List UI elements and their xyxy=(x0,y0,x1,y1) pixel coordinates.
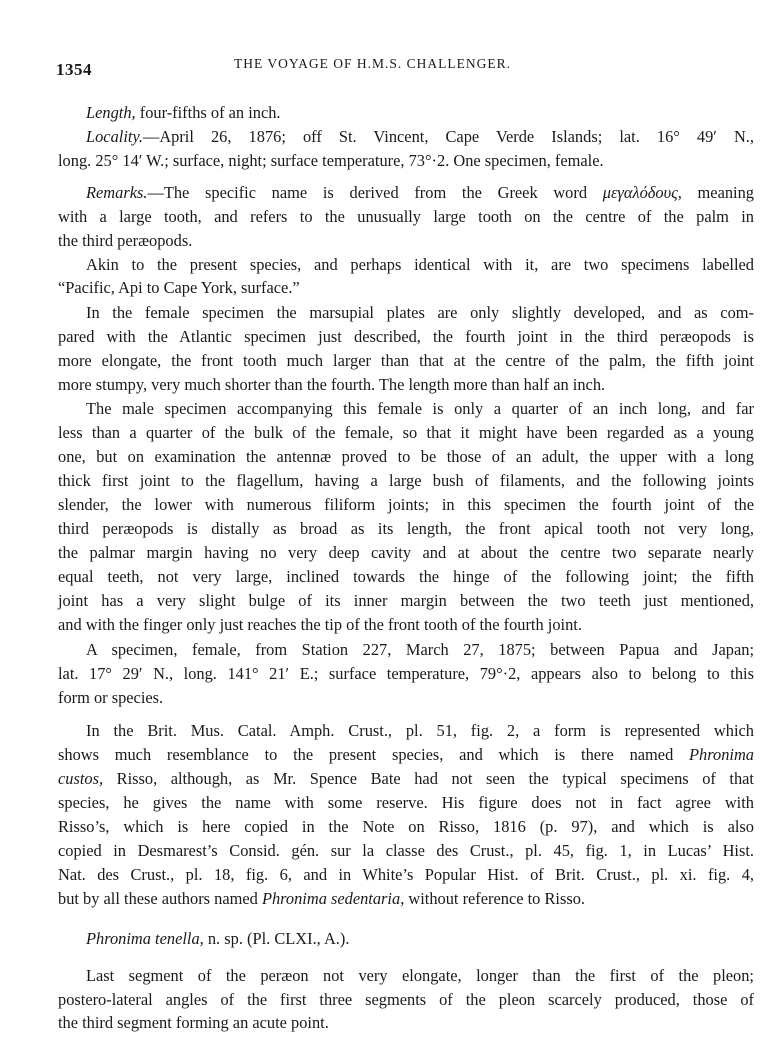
male-line-6: third peræopods is distally as broad as … xyxy=(58,519,754,539)
text-run: —April 26, 1876; off St. Vincent, Cape V… xyxy=(143,127,754,146)
text-run: but by all these authors named xyxy=(58,889,262,908)
male-line-3: one, but on examination the antennæ prov… xyxy=(58,447,754,467)
male-line-9: joint has a very slight bulge of its inn… xyxy=(58,591,754,611)
page-number: 1354 xyxy=(56,60,92,80)
britmus-line-4: species, he gives the name with some res… xyxy=(58,793,754,813)
male-line-1: The male specimen accompanying this fema… xyxy=(86,399,754,419)
tenella-line-3: the third segment forming an acute point… xyxy=(58,1013,754,1033)
britmus-line-6: copied in Desmarest’s Consid. gén. sur l… xyxy=(58,841,754,861)
text-run: , meaning xyxy=(678,183,754,202)
italic-label: Length, xyxy=(86,103,136,122)
station-line-1: A specimen, female, from Station 227, Ma… xyxy=(86,640,754,660)
male-line-7: the palmar margin having no very deep ca… xyxy=(58,543,754,563)
britmus-line-5: Risso’s, which is here copied in the Not… xyxy=(58,817,754,837)
text-run: Risso, although, as Mr. Spence Bate had … xyxy=(103,769,754,788)
text-run: —The specific name is derived from the G… xyxy=(147,183,602,202)
taxon-name: custos, xyxy=(58,769,103,788)
text-run: shows much resemblance to the present sp… xyxy=(58,745,689,764)
male-line-10: and with the finger only just reaches th… xyxy=(58,615,754,635)
length-line: Length, four-fifths of an inch. xyxy=(86,103,754,123)
text-run: , without reference to Risso. xyxy=(400,889,585,908)
text-run: four-fifths of an inch. xyxy=(136,103,281,122)
britmus-line-8: but by all these authors named Phronima … xyxy=(58,889,754,909)
locality-line-2: long. 25° 14′ W.; surface, night; surfac… xyxy=(58,151,754,171)
britmus-line-3: custos, Risso, although, as Mr. Spence B… xyxy=(58,769,754,789)
remarks-line-2: with a large tooth, and refers to the un… xyxy=(58,207,754,227)
taxon-name: Phronima sedentaria xyxy=(262,889,400,908)
female-line-2: pared with the Atlantic specimen just de… xyxy=(58,327,754,347)
station-line-2: lat. 17° 29′ N., long. 141° 21′ E.; surf… xyxy=(58,664,754,684)
taxon-name: Phronima xyxy=(689,745,754,764)
female-line-3: more elongate, the front tooth much larg… xyxy=(58,351,754,371)
italic-label: Remarks. xyxy=(86,183,147,202)
station-line-3: form or species. xyxy=(58,688,754,708)
britmus-line-2: shows much resemblance to the present sp… xyxy=(58,745,754,765)
akin-line-1: Akin to the present species, and perhaps… xyxy=(86,255,754,275)
female-line-1: In the female specimen the marsupial pla… xyxy=(86,303,754,323)
male-line-4: thick first joint to the flagellum, havi… xyxy=(58,471,754,491)
male-line-2: less than a quarter of the bulk of the f… xyxy=(58,423,754,443)
italic-label: Locality. xyxy=(86,127,143,146)
text-run: n. sp. (Pl. CLXI., A.). xyxy=(204,929,350,948)
male-line-8: equal teeth, not very large, inclined to… xyxy=(58,567,754,587)
species-heading: Phronima tenella, n. sp. (Pl. CLXI., A.)… xyxy=(86,929,349,949)
britmus-line-7: Nat. des Crust., pl. 18, fig. 6, and in … xyxy=(58,865,754,885)
document-page: 1354 THE VOYAGE OF H.M.S. CHALLENGER. Le… xyxy=(0,0,776,1050)
page-header: 1354 THE VOYAGE OF H.M.S. CHALLENGER. xyxy=(56,56,756,80)
taxon-name: Phronima tenella, xyxy=(86,929,204,948)
locality-line-1: Locality.—April 26, 1876; off St. Vincen… xyxy=(86,127,754,147)
remarks-line-3: the third peræopods. xyxy=(58,231,754,251)
male-line-5: slender, the lower with numerous filifor… xyxy=(58,495,754,515)
remarks-line-1: Remarks.—The specific name is derived fr… xyxy=(86,183,754,203)
female-line-4: more stumpy, very much shorter than the … xyxy=(58,375,754,395)
tenella-line-2: postero-lateral angles of the first thre… xyxy=(58,990,754,1010)
tenella-line-1: Last segment of the peræon not very elon… xyxy=(86,966,754,986)
running-title: THE VOYAGE OF H.M.S. CHALLENGER. xyxy=(234,56,511,72)
greek-word: μεγαλόδους xyxy=(603,183,678,202)
britmus-line-1: In the Brit. Mus. Catal. Amph. Crust., p… xyxy=(86,721,754,741)
akin-line-2: “Pacific, Api to Cape York, surface.” xyxy=(58,278,754,298)
